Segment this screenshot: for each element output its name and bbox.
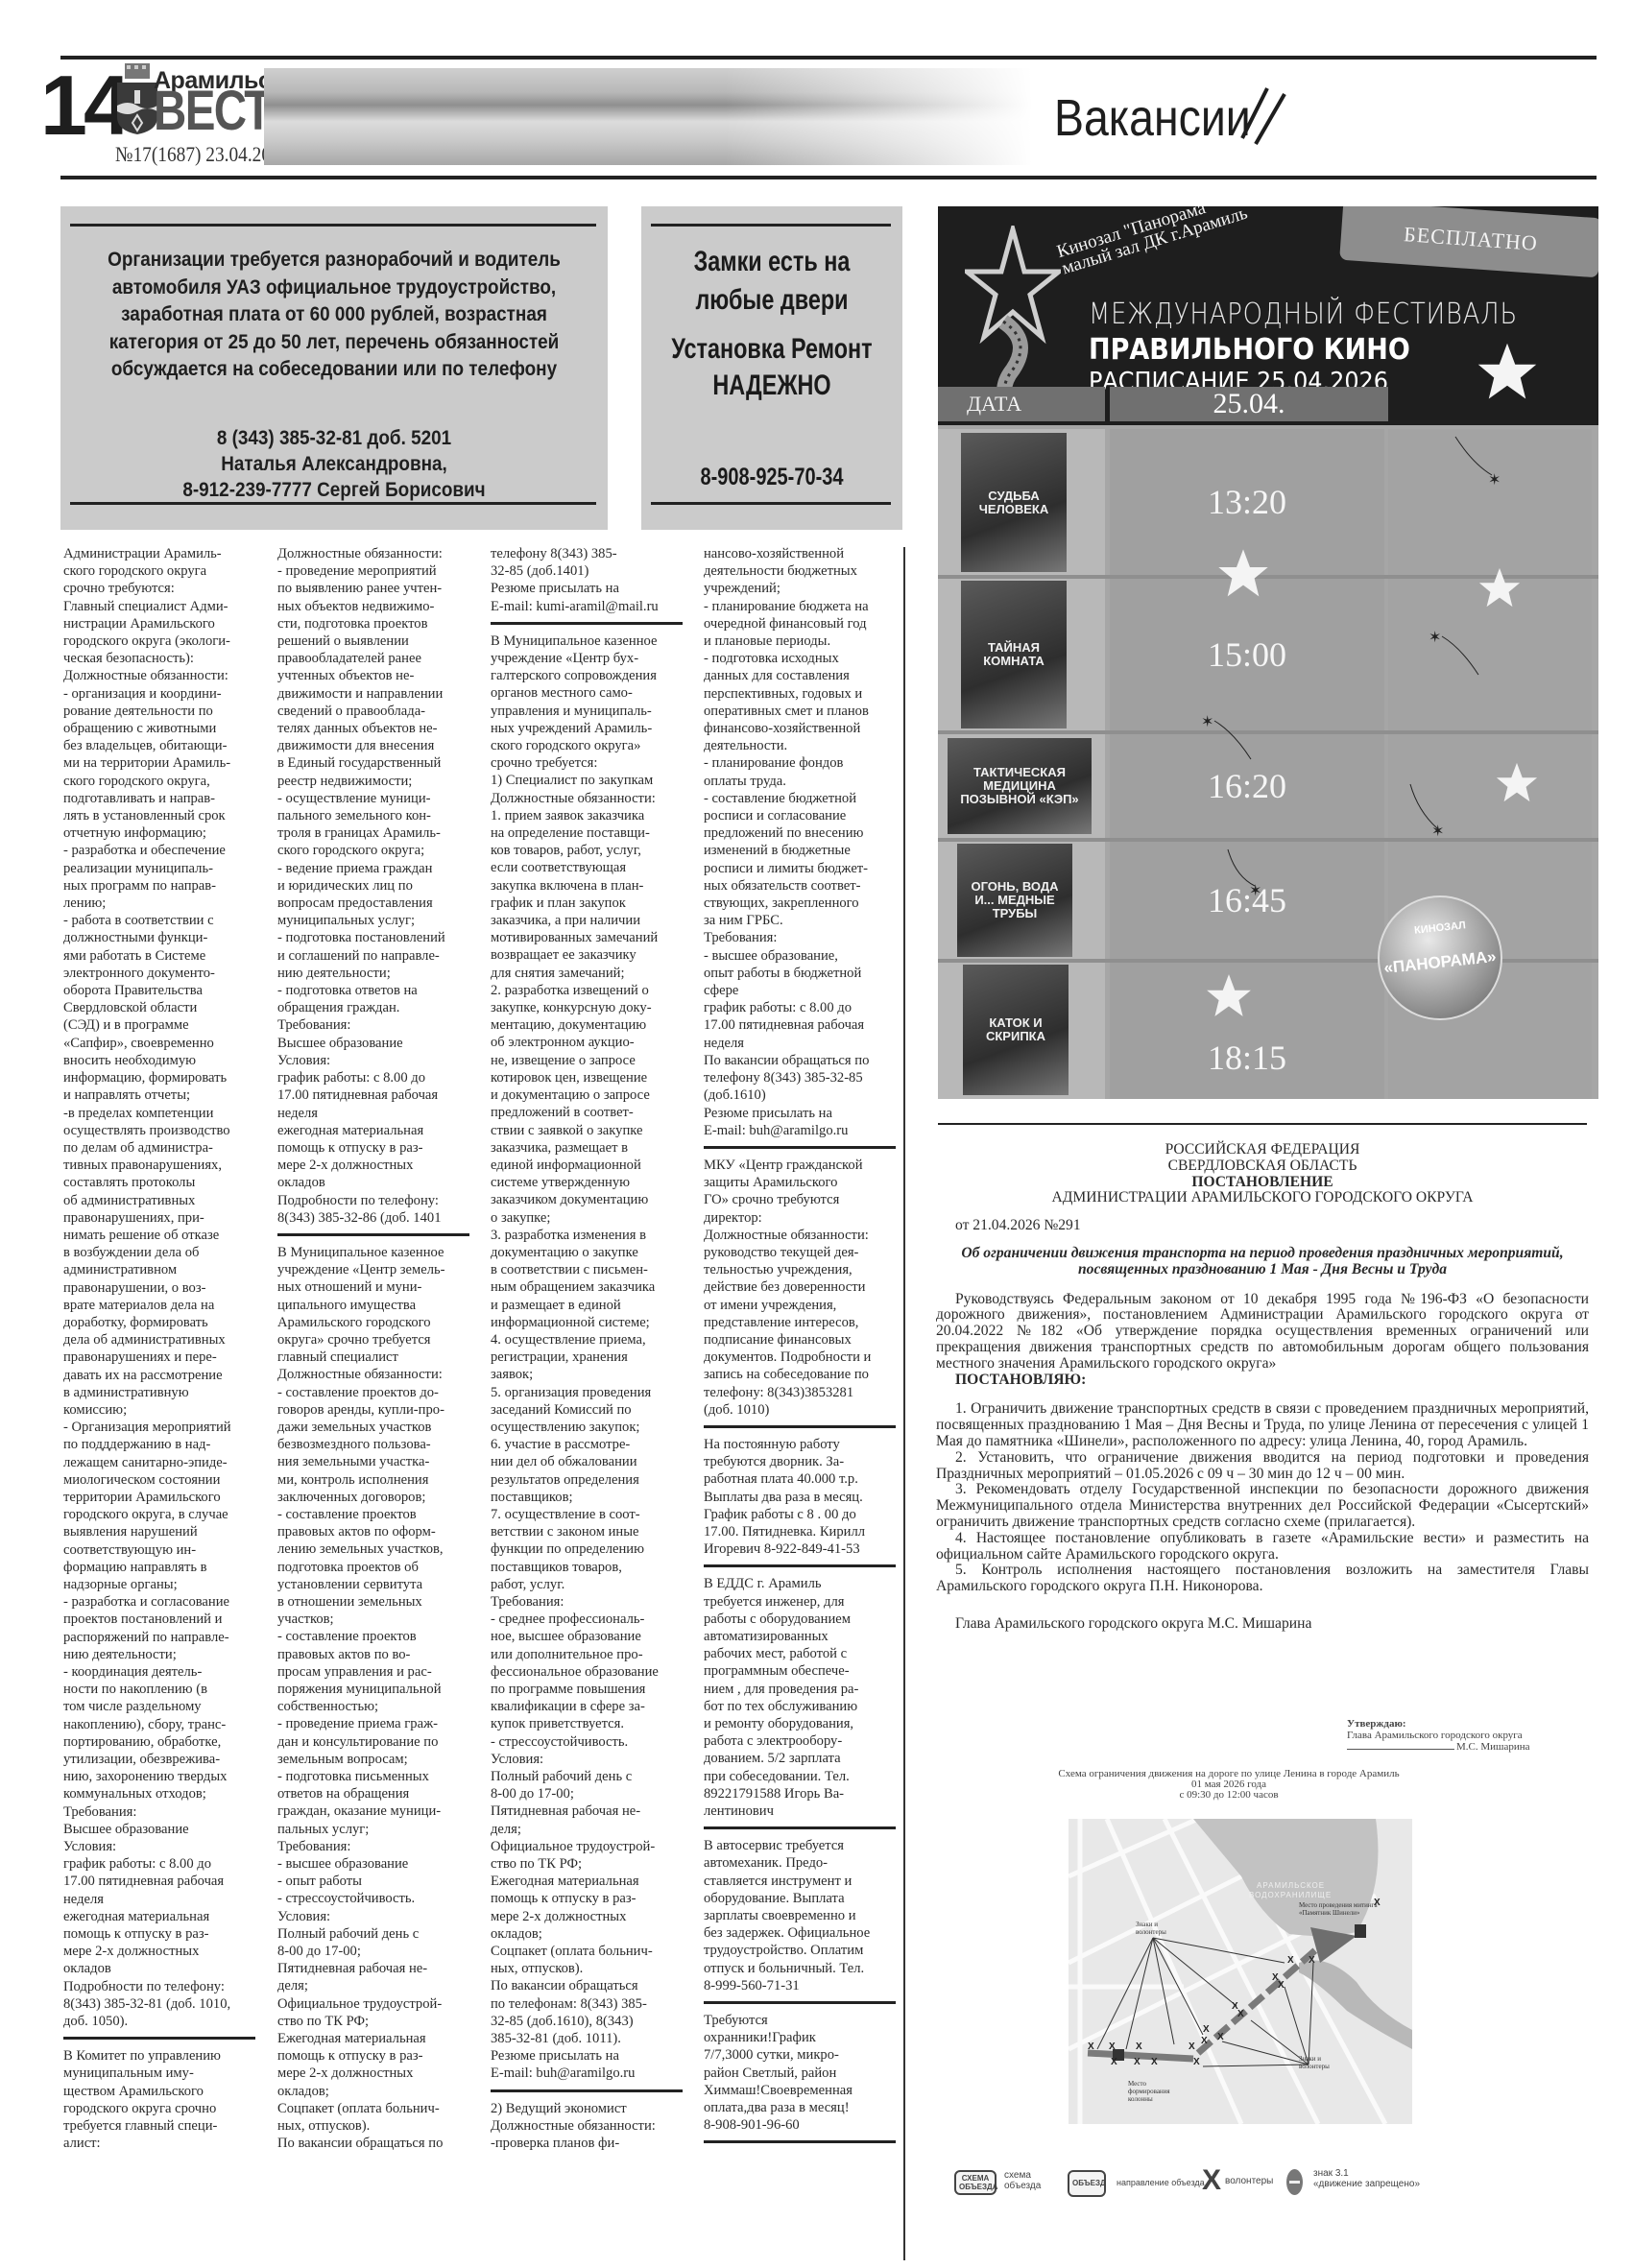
screening-time: 16:20 <box>1110 766 1384 806</box>
resolution: РОССИЙСКАЯ ФЕДЕРАЦИЯ СВЕРДЛОВСКАЯ ОБЛАСТ… <box>936 1142 1589 1633</box>
shooting-star-icon: ✶ <box>1453 435 1511 492</box>
scheme-time: с 09:30 до 12:00 часов <box>1051 1790 1406 1801</box>
svg-text:Место проведения митинга: Место проведения митинга <box>1299 1901 1378 1909</box>
column-divider <box>903 547 905 2260</box>
svg-text:✶: ✶ <box>1201 714 1213 730</box>
svg-text:Знаки и: Знаки и <box>1299 2055 1321 2063</box>
vacancy-janitor: На постоянную работу требуются дворник. … <box>704 1436 907 1558</box>
film-poster: ТАКТИЧЕСКАЯ МЕДИЦИНА ПОЗЫВНОЙ «КЭП» <box>948 738 1092 834</box>
divider <box>491 622 683 625</box>
cinema-poster: БЕСПЛАТНО Кинозал "Панорама" малый зал Д… <box>938 206 1598 1099</box>
double-slash-icon <box>1238 84 1291 148</box>
svg-text:X: X <box>1278 1980 1285 1991</box>
svg-text:X: X <box>1201 2036 1208 2046</box>
film-poster: ОГОНЬ, ВОДА И... МЕДНЫЕ ТРУБЫ <box>957 844 1072 957</box>
vacancy-economist: 2) Ведущий экономист Должностные обязанн… <box>491 2100 694 2153</box>
resolution-date: от 21.04.2026 №291 <box>955 1218 1589 1234</box>
svg-text:X: X <box>1109 2041 1116 2052</box>
legend-detour-scheme-text: схема объезда <box>1004 2170 1039 2191</box>
vacancy-economist-cont: нансово-хозяйственной деятельности бюдже… <box>704 545 907 1139</box>
approval-label: Утверждаю: <box>1347 1718 1530 1730</box>
panorama-logo: КИНОЗАЛ «ПАНОРАМА» <box>1378 895 1502 1020</box>
resolution-preamble: Руководствуясь Федеральным законом от 10… <box>936 1292 1589 1373</box>
svg-text:X: X <box>1217 2032 1224 2042</box>
svg-text:X: X <box>1189 2041 1195 2052</box>
header-top-rule <box>60 56 1597 60</box>
svg-text:X: X <box>1134 2057 1141 2067</box>
approval-position: Глава Арамильского городского округа <box>1347 1730 1530 1741</box>
ad-locks-services: Установка Ремонт НАДЕЖНО <box>670 331 874 404</box>
legend-detour-scheme-box: СХЕМА ОБЪЕЗДА <box>954 2170 997 2195</box>
svg-text:колонны: колонны <box>1128 2095 1153 2103</box>
shooting-star-icon: ✶ <box>1195 704 1253 761</box>
ad-rule <box>651 502 891 505</box>
approval-name: М.С. Мишарина <box>1456 1741 1530 1753</box>
traffic-scheme-map: АРАМИЛЬСКОЕ ВОДОХРАНИЛИЩЕ Знаки иволонте… <box>1069 1819 1412 2124</box>
legend-volunteers-text: волонтеры <box>1225 2176 1273 2186</box>
column-1: Администрации Арамиль- ского городского … <box>63 545 267 2152</box>
vacancy-edds-engineer: В ЕДДС г. Арамиль требуется инженер, для… <box>704 1575 907 1820</box>
vacancy-civil-defense-director: МКУ «Центр гражданской защиты Арамильско… <box>704 1157 907 1419</box>
scheme-title-block: Схема ограничения движения на дороге по … <box>1051 1769 1406 1801</box>
header-bottom-rule <box>60 176 1597 179</box>
svg-text:X: X <box>1136 2041 1142 2052</box>
svg-text:✶: ✶ <box>1249 883 1261 899</box>
resolution-item: 4. Настоящее постановление опубликовать … <box>936 1531 1589 1564</box>
svg-text:Место: Место <box>1128 2080 1146 2088</box>
resolution-item: 5. Контроль исполнения настоящего постан… <box>936 1563 1589 1595</box>
ad-laborer-contacts: 8 (343) 385-32-81 доб. 5201 Наталья Алек… <box>95 425 574 503</box>
divider <box>491 2089 683 2092</box>
divider <box>704 1564 896 1567</box>
screening-time: 18:15 <box>1110 1038 1384 1078</box>
festival-title-line2: ПРАВИЛЬНОГО КИНО <box>1089 333 1410 367</box>
resolution-item: 1. Ограничить движение транспортных сред… <box>936 1401 1589 1449</box>
divider <box>704 2001 896 2004</box>
svg-text:X: X <box>1287 1955 1294 1966</box>
resolution-item: 3. Рекомендовать отделу Государственной … <box>936 1482 1589 1530</box>
svg-text:✶: ✶ <box>1488 472 1501 489</box>
ad-laborer: Организации требуется разнорабочий и вод… <box>60 206 608 530</box>
legend-detour-box: ОБЪЕЗД <box>1068 2170 1106 2197</box>
ad-rule <box>70 502 596 505</box>
vacancy-security-guards: Требуются охранники!График 7/7,3000 сутк… <box>704 2012 907 2134</box>
ad-locks-headline: Замки есть на любые двери <box>670 243 874 320</box>
legend-sign-text: знак 3.1 «движение запрещено» <box>1313 2168 1420 2189</box>
date-label: ДАТА <box>938 387 1105 421</box>
star-icon <box>1476 341 1539 404</box>
column-4: нансово-хозяйственной деятельности бюдже… <box>704 545 907 2151</box>
vacancy-property-committee: В Комитет по управлению муниципальным им… <box>63 2047 267 2152</box>
star-icon <box>1477 566 1522 610</box>
resolution-title: Об ограничении движения транспорта на пе… <box>949 1246 1575 1278</box>
map-legend: СХЕМА ОБЪЕЗДА схема объезда ОБЪЕЗД напра… <box>949 2164 1582 2203</box>
svg-text:волонтеры: волонтеры <box>1299 2063 1330 2070</box>
screening-row: КАТОК И СКРИПКА 18:15 <box>938 963 1598 1099</box>
ad-locks: Замки есть на любые двери Установка Ремо… <box>641 206 902 530</box>
resolution-signature: Глава Арамильского городского округа М.С… <box>955 1616 1589 1633</box>
vacancy-property-committee-cont: Должностные обязанности: - проведение ме… <box>277 545 481 1227</box>
svg-text:X: X <box>1203 2024 1210 2035</box>
column-2: Должностные обязанности: - проведение ме… <box>277 545 481 2152</box>
star-icon <box>1216 547 1270 601</box>
svg-text:X: X <box>1193 2057 1200 2067</box>
resolution-issuer: АДМИНИСТРАЦИИ АРАМИЛЬСКОГО ГОРОДСКОГО ОК… <box>936 1190 1589 1206</box>
map-graphic: АРАМИЛЬСКОЕ ВОДОХРАНИЛИЩЕ Знаки иволонте… <box>1069 1819 1412 2124</box>
vacancy-procurement-specialist: В Муниципальное казенное учреждение «Цен… <box>491 633 694 2083</box>
divider <box>704 1826 896 1829</box>
svg-text:X: X <box>1374 1898 1381 1908</box>
resolution-decree: ПОСТАНОВЛЯЮ: <box>955 1373 1589 1389</box>
svg-text:«Памятник Шинели»: «Памятник Шинели» <box>1299 1909 1360 1917</box>
ad-laborer-text: Организации требуется разнорабочий и вод… <box>95 247 574 384</box>
header-photo <box>264 68 1032 165</box>
svg-text:✶: ✶ <box>1431 824 1444 840</box>
svg-text:Знаки и: Знаки и <box>1136 1921 1158 1928</box>
no-entry-sign-icon <box>1286 2169 1303 2195</box>
date-value: 25.04. <box>1110 387 1388 421</box>
shooting-star-icon: ✶ <box>1408 782 1466 840</box>
svg-text:X: X <box>1237 2009 1244 2019</box>
svg-text:волонтеры: волонтеры <box>1136 1928 1166 1936</box>
star-icon <box>1205 972 1253 1020</box>
divider <box>277 1233 469 1236</box>
resolution-region: СВЕРДЛОВСКАЯ ОБЛАСТЬ <box>936 1158 1589 1175</box>
festival-title-line1: МЕЖДУНАРОДНЫЙ ФЕСТИВАЛЬ <box>1089 298 1518 331</box>
star-icon <box>1495 761 1539 805</box>
resolution-type: ПОСТАНОВЛЕНИЕ <box>936 1175 1589 1191</box>
svg-text:ВОДОХРАНИЛИЩЕ: ВОДОХРАНИЛИЩЕ <box>1249 1891 1332 1899</box>
film-poster: КАТОК И СКРИПКА <box>963 965 1069 1095</box>
ad-rule <box>651 224 891 227</box>
vacancy-ecology-specialist: Администрации Арамиль- ского городского … <box>63 545 267 2030</box>
divider <box>704 1146 896 1149</box>
divider <box>704 2140 896 2143</box>
svg-text:X: X <box>1309 1955 1315 1966</box>
screening-time: 15:00 <box>1110 634 1384 675</box>
divider <box>704 1425 896 1428</box>
screening-time: 13:20 <box>1110 482 1384 522</box>
section-title: Вакансии <box>1054 88 1251 148</box>
svg-text:✶: ✶ <box>1429 630 1441 646</box>
vacancy-auto-mechanic: В автосервис требуется автомеханик. Пред… <box>704 1837 907 1994</box>
svg-text:X: X <box>1111 2057 1117 2067</box>
poster-bottom-rule <box>938 1123 1587 1125</box>
column-3: телефону 8(343) 385- 32-85 (доб.1401) Ре… <box>491 545 694 2152</box>
approval-block: Утверждаю: Глава Арамильского городского… <box>1347 1718 1530 1753</box>
legend-volunteer-icon: X <box>1202 2164 1221 2197</box>
svg-text:АРАМИЛЬСКОЕ: АРАМИЛЬСКОЕ <box>1257 1881 1325 1890</box>
vacancy-land-relations-cont: телефону 8(343) 385- 32-85 (доб.1401) Ре… <box>491 545 694 615</box>
ad-locks-phone: 8-908-925-70-34 <box>667 464 877 491</box>
ad-rule <box>70 224 596 227</box>
svg-text:формирования: формирования <box>1128 2088 1170 2095</box>
film-poster: СУДЬБА ЧЕЛОВЕКА <box>961 433 1067 572</box>
svg-text:X: X <box>1088 2041 1094 2052</box>
resolution-item: 2. Установить, что ограничение движения … <box>936 1450 1589 1483</box>
divider <box>63 2037 255 2040</box>
film-poster: ТАЙНАЯ КОМНАТА <box>961 581 1067 728</box>
svg-text:X: X <box>1151 2057 1158 2067</box>
shooting-star-icon: ✶ <box>1226 848 1284 905</box>
resolution-country: РОССИЙСКАЯ ФЕДЕРАЦИЯ <box>936 1142 1589 1158</box>
vacancy-land-relations: В Муниципальное казенное учреждение «Цен… <box>277 1244 481 2153</box>
shooting-star-icon: ✶ <box>1423 619 1480 677</box>
legend-detour-text: направление объезда <box>1117 2178 1205 2188</box>
